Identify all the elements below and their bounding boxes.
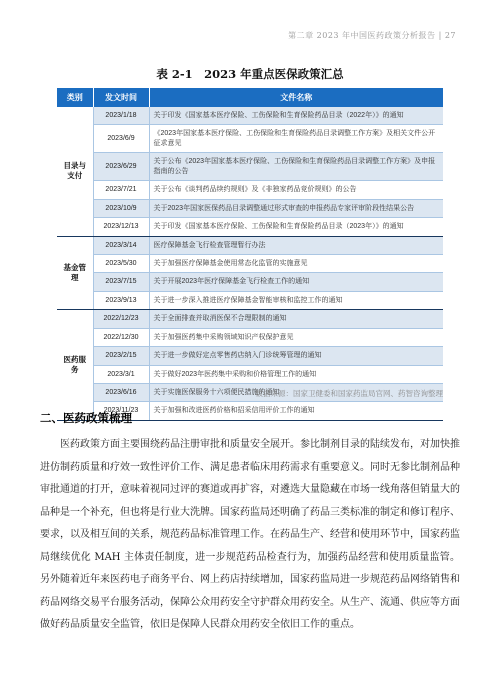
document-title-cell: 关于加强医药集中采购领域知识产权保护意见	[149, 328, 443, 346]
document-title-cell: 关于进一步深入推进医疗保障基金智能审核和监控工作的通知	[149, 291, 443, 309]
category-cell: 目录与支付	[57, 107, 93, 236]
table-row: 2023/12/13关于印发《国家基本医疗保险、工伤保险和生育保险药品目录（20…	[57, 218, 443, 236]
table-row: 2023/2/15关于进一步做好定点零售药店纳入门诊统筹管理的通知	[57, 347, 443, 365]
table-row: 2023/6/29关于公布《2023年国家基本医疗保险、工伤保险和生育保险药品目…	[57, 153, 443, 181]
document-title-cell: 医疗保障基金飞行检查管理暂行办法	[149, 236, 443, 254]
date-cell: 2023/7/21	[93, 181, 149, 199]
document-title-cell: 关于开展2023年医疗保障基金飞行检查工作的通知	[149, 273, 443, 291]
table-row: 2022/12/30关于加强医药集中采购领域知识产权保护意见	[57, 328, 443, 346]
document-title-cell: 关于印发《国家基本医疗保险、工伤保险和生育保险药品目录（2023年）》的通知	[149, 218, 443, 236]
table-row: 基金管理2023/3/14医疗保障基金飞行检查管理暂行办法	[57, 236, 443, 254]
date-cell: 2023/3/1	[93, 365, 149, 383]
table-row: 2023/6/9《2023年国家基本医疗保险、工伤保险和生育保险药品目录调整工作…	[57, 125, 443, 153]
date-cell: 2023/2/15	[93, 347, 149, 365]
date-cell: 2023/7/15	[93, 273, 149, 291]
document-title-cell: 关于加强医疗保障基金使用常态化监管的实施意见	[149, 254, 443, 272]
document-page: 第二章 2023 年中国医药政策分析报告 | 27 表 2-1 2023 年重点…	[0, 0, 500, 679]
body-paragraph: 医药政策方面主要围绕药品注册审批和质量安全展开。参比制剂目录的陆续发布，对加快推…	[40, 434, 460, 637]
table-row: 医药服务2022/12/23关于全面排查并取消医保不合理限制的通知	[57, 310, 443, 328]
table-row: 2023/5/30关于加强医疗保障基金使用常态化监管的实施意见	[57, 254, 443, 272]
document-title-cell: 关于公布《2023年国家基本医疗保险、工伤保险和生育保险药品目录调整工作方案》及…	[149, 153, 443, 181]
category-cell: 医药服务	[57, 310, 93, 421]
table-header-row: 类别 发文时间 文件名称	[57, 88, 443, 107]
section-heading: 二、医药政策梳理	[40, 410, 132, 426]
table-row: 2023/9/13关于进一步深入推进医疗保障基金智能审核和监控工作的通知	[57, 291, 443, 309]
table-title: 表 2-1 2023 年重点医保政策汇总	[0, 66, 500, 82]
document-title-cell: 关于进一步做好定点零售药店纳入门诊统筹管理的通知	[149, 347, 443, 365]
date-cell: 2023/10/9	[93, 199, 149, 217]
date-cell: 2023/6/16	[93, 384, 149, 402]
date-cell: 2023/9/13	[93, 291, 149, 309]
date-cell: 2022/12/30	[93, 328, 149, 346]
document-title-cell: 关于全面排查并取消医保不合理限制的通知	[149, 310, 443, 328]
date-cell: 2023/3/14	[93, 236, 149, 254]
date-cell: 2023/1/18	[93, 107, 149, 125]
document-title-cell: 关于做好2023年医药集中采购和价格管理工作的通知	[149, 365, 443, 383]
document-title-cell: 关于2023年国家医保药品目录调整通过形式审查的申报药品专家评审阶段性结果公告	[149, 199, 443, 217]
document-title-cell: 关于公布《谈判药品续约规则》及《非独家药品竞价规则》的公告	[149, 181, 443, 199]
document-title-cell: 《2023年国家基本医疗保险、工伤保险和生育保险药品目录调整工作方案》及相关文件…	[149, 125, 443, 153]
column-header-category: 类别	[57, 88, 93, 107]
table-row: 2023/7/21关于公布《谈判药品续约规则》及《非独家药品竞价规则》的公告	[57, 181, 443, 199]
category-cell: 基金管理	[57, 236, 93, 310]
column-header-date: 发文时间	[93, 88, 149, 107]
date-cell: 2022/12/23	[93, 310, 149, 328]
date-cell: 2023/6/9	[93, 125, 149, 153]
date-cell: 2023/12/13	[93, 218, 149, 236]
column-header-title: 文件名称	[149, 88, 443, 107]
date-cell: 2023/5/30	[93, 254, 149, 272]
policy-table: 类别 发文时间 文件名称 目录与支付2023/1/18关于印发《国家基本医疗保险…	[57, 88, 443, 421]
table-row: 2023/7/15关于开展2023年医疗保障基金飞行检查工作的通知	[57, 273, 443, 291]
table-row: 目录与支付2023/1/18关于印发《国家基本医疗保险、工伤保险和生育保险药品目…	[57, 107, 443, 125]
document-title-cell: 关于印发《国家基本医疗保险、工伤保险和生育保险药品目录（2022年）》的通知	[149, 107, 443, 125]
table-row: 2023/10/9关于2023年国家医保药品目录调整通过形式审查的申报药品专家评…	[57, 199, 443, 217]
page-header-running-title: 第二章 2023 年中国医药政策分析报告 | 27	[288, 30, 456, 41]
document-title-cell: 关于加强和改进医药价格和招采信用评价工作的通知	[149, 402, 443, 420]
date-cell: 2023/6/29	[93, 153, 149, 181]
data-source-note: 数据来源：国家卫健委和国家药监局官网、药智咨询整理	[256, 388, 444, 399]
table-row: 2023/3/1关于做好2023年医药集中采购和价格管理工作的通知	[57, 365, 443, 383]
